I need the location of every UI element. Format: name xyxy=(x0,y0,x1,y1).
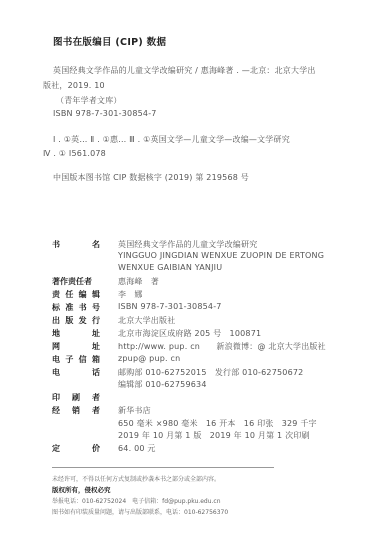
footer-line: 举报电话：010-62752024 电子信箱：fd@pup.pku.edu.cn xyxy=(52,496,221,505)
cip-line: 中国版本图书馆 CIP 数据核字 (2019) 第 219568 号 xyxy=(53,172,249,183)
info-value: 2019 年 10 月第 1 版 2019 年 10 月第 1 次印刷 xyxy=(118,430,310,441)
info-value: 北京大学出版社 xyxy=(118,315,175,326)
info-value: 650 毫米 ×980 毫米 16 开本 16 印张 329 千字 xyxy=(118,418,317,429)
info-label: 电子信箱 xyxy=(52,354,100,365)
info-value: 英国经典文学作品的儿童文学改编研究 xyxy=(118,239,257,250)
info-label: 定价 xyxy=(52,443,100,454)
info-label: 地址 xyxy=(52,328,100,339)
info-label: 电话 xyxy=(52,367,100,378)
divider xyxy=(52,467,274,468)
info-value: 64. 00 元 xyxy=(118,443,156,454)
info-value: 北京市海淀区成府路 205 号 100871 xyxy=(118,328,261,339)
cip-line: Ⅳ . ① I561.078 xyxy=(43,149,106,158)
cip-line: 版社，2019. 10 xyxy=(43,80,105,91)
info-value: ISBN 978-7-301-30854-7 xyxy=(118,302,222,311)
info-label: 著作责任者 xyxy=(52,276,100,287)
info-label: 印刷者 xyxy=(52,392,100,403)
cip-title: 图书在版编目 (CIP) 数据 xyxy=(53,34,166,48)
info-label: 标准书号 xyxy=(52,302,100,313)
footer-line: 版权所有，侵权必究 xyxy=(52,485,111,494)
info-value: zpup@ pup. cn xyxy=(118,354,180,363)
cip-line: Ⅰ . ①英… Ⅱ . ①惠… Ⅲ . ①英国文学—儿童文学—改编—文学研究 xyxy=(53,134,290,145)
info-value: 新华书店 xyxy=(118,405,151,416)
info-value: 惠海峰 著 xyxy=(118,276,159,287)
info-label: 出版发行 xyxy=(52,315,100,326)
info-label: 经销者 xyxy=(52,405,100,416)
info-value: 邮购部 010-62752015 发行部 010-62750672 xyxy=(118,367,303,378)
cip-line: ISBN 978-7-301-30854-7 xyxy=(53,109,157,118)
info-value: http://www. pup. cn 新浪微博：@ 北京大学出版社 xyxy=(118,341,326,352)
cip-line: （青年学者文库） xyxy=(56,95,122,106)
cip-line: 英国经典文学作品的儿童文学改编研究 / 惠海峰著 . —北京：北京大学出 xyxy=(53,65,316,76)
footer-line: 图书如有印装质量问题，请与出版部联系，电话：010-62756370 xyxy=(52,507,228,516)
info-value: 编辑部 010-62759634 xyxy=(118,379,207,390)
info-label: 网址 xyxy=(52,341,100,352)
info-value: WENXUE GAIBIAN YANJIU xyxy=(118,263,222,272)
info-label: 责任编辑 xyxy=(52,289,100,300)
footer-line: 未经许可，不得以任何方式复制或抄袭本书之部分或全部内容。 xyxy=(52,474,220,483)
info-value: 李 娜 xyxy=(118,289,143,300)
info-value: YINGGUO JINGDIAN WENXUE ZUOPIN DE ERTONG xyxy=(118,251,324,260)
info-label: 书名 xyxy=(52,239,100,250)
